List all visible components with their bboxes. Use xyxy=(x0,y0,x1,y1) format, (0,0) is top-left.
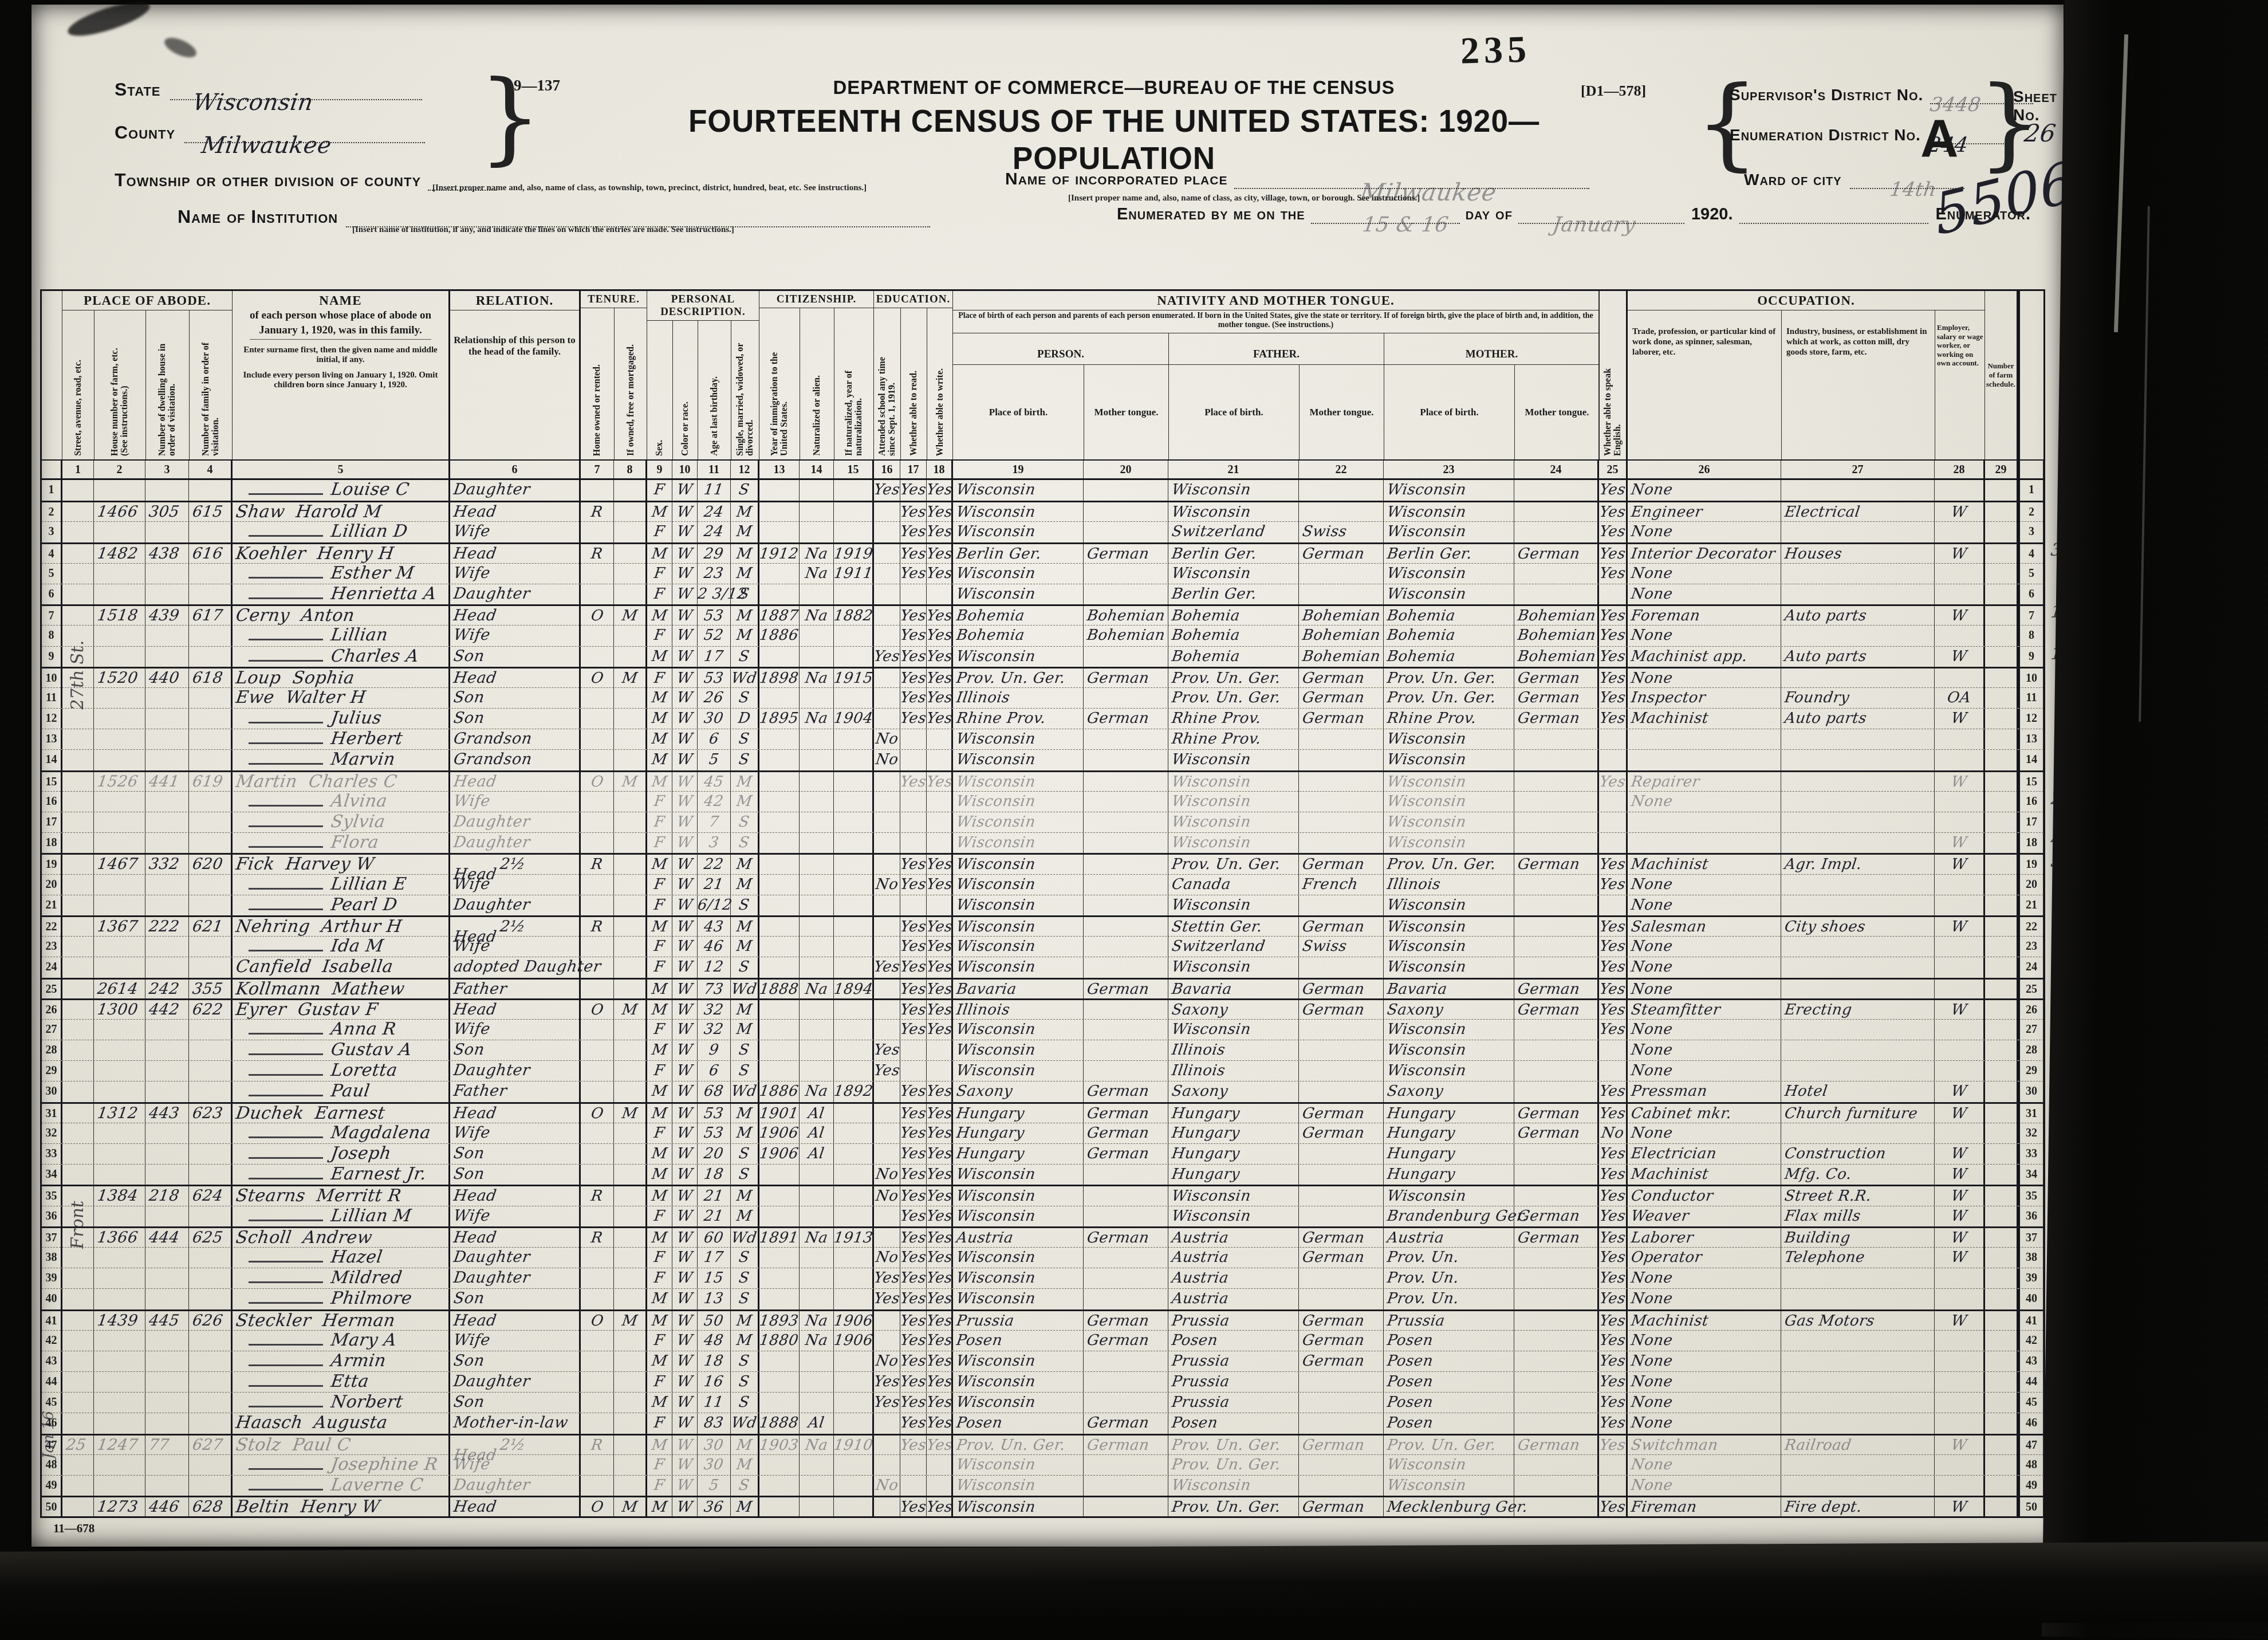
cell-sex-value: M xyxy=(651,502,669,522)
cell-person-birthplace-value: Wisconsin xyxy=(952,1393,1037,1412)
line-number: 18 xyxy=(2018,833,2043,853)
cell-employment-class: W xyxy=(1935,709,1985,729)
cell-sex-value: F xyxy=(653,895,666,915)
cell-speaks-english-value: Yes xyxy=(1598,1331,1627,1350)
cell-person-mother-tongue xyxy=(1084,875,1168,895)
cell-naturalization-year xyxy=(834,1476,874,1496)
cell-sex-value: F xyxy=(653,792,666,811)
cell-speaks-english-value: Yes xyxy=(1598,1228,1627,1248)
cell-father-birthplace: Austria xyxy=(1168,1268,1299,1288)
cell-mother-birthplace-value: Wisconsin xyxy=(1383,1020,1468,1039)
cell-mother-mother-tongue xyxy=(1514,1476,1599,1496)
cell-mother-birthplace-value: Wisconsin xyxy=(1383,729,1468,749)
cell-race-value: W xyxy=(675,1104,694,1123)
cell-speaks-english-value: Yes xyxy=(1598,1311,1627,1331)
cell-employment-class: W xyxy=(1935,647,1985,667)
cell-name: Norbert xyxy=(233,1393,450,1413)
relation-value: Daughter xyxy=(449,1248,531,1267)
cell-age: 83 xyxy=(698,1413,731,1433)
cell-able-to-write: Yes xyxy=(927,1165,953,1185)
surname-ditto-dash xyxy=(249,940,323,951)
cell-dwelling-number-value: 218 xyxy=(144,1186,181,1206)
cell-able-to-read: Yes xyxy=(900,626,927,646)
cell-speaks-english: No xyxy=(1599,1123,1628,1143)
cell-house-number: 1520 xyxy=(94,668,145,688)
cell-father-birthplace: Wisconsin xyxy=(1168,1020,1299,1040)
cell-occupation-value: Interior Decorator xyxy=(1627,544,1777,564)
table-row: 311312443623DuchekEarnestHeadOMMW53M1901… xyxy=(42,1102,2043,1123)
cell-marital-status: S xyxy=(731,647,759,667)
cell-occupation: None xyxy=(1628,980,1781,999)
given-name: Paul xyxy=(326,1081,371,1101)
cell-sex: F xyxy=(647,1061,672,1081)
cell-person-birthplace: Prov. Un. Ger. xyxy=(953,668,1084,688)
cell-person-birthplace: Wisconsin xyxy=(953,1476,1084,1496)
cell-father-mother-tongue xyxy=(1299,957,1384,977)
cell-tenure-mortgage xyxy=(614,1351,647,1371)
surname-ditto-dash xyxy=(249,1168,323,1179)
cell-immigration-year: 1888 xyxy=(759,980,800,999)
cell-tenure-owned: O xyxy=(581,1311,614,1331)
cell-name: Joseph xyxy=(233,1144,450,1164)
cell-naturalized xyxy=(800,1393,834,1413)
surname: Loup xyxy=(231,668,282,688)
cell-family-number xyxy=(189,1020,233,1040)
cell-able-to-write: Yes xyxy=(927,1393,953,1413)
enumerated-day-value: 15 & 16 xyxy=(1361,213,1450,237)
cell-mother-mother-tongue xyxy=(1514,937,1599,957)
cell-attended-school: Yes xyxy=(874,1393,900,1413)
line-number: 25 xyxy=(42,980,62,999)
cell-mother-birthplace: Wisconsin xyxy=(1384,957,1514,977)
table-row: 40PhilmoreSonMW13SYesYesYesWisconsinAust… xyxy=(42,1288,2043,1309)
cell-person-mother-tongue-value: German xyxy=(1082,1436,1151,1455)
given-name: Earnest Jr. xyxy=(326,1165,428,1184)
line-number: 31 xyxy=(42,1104,62,1123)
line-number: 8 xyxy=(42,626,62,646)
cell-house-number xyxy=(94,957,145,977)
cell-age-value: 9 xyxy=(708,1040,720,1060)
cell-house-number: 1384 xyxy=(94,1186,145,1206)
cell-employment-class: W xyxy=(1935,544,1985,564)
cell-person-mother-tongue xyxy=(1084,937,1168,957)
cell-father-mother-tongue: Swiss xyxy=(1299,522,1384,542)
nativity-desc: Place of birth of each person and parent… xyxy=(953,310,1598,333)
cell-race: W xyxy=(672,1289,698,1309)
cell-race-value: W xyxy=(675,1372,694,1391)
cell-able-to-read: Yes xyxy=(900,522,927,542)
line-number: 42 xyxy=(2018,1331,2043,1351)
line-number: 13 xyxy=(2018,729,2043,749)
table-row: 261300442622EyrerGustav FHeadOMMW32MYesY… xyxy=(42,998,2043,1019)
cell-tenure-owned xyxy=(581,833,614,853)
surname: Canfield xyxy=(231,957,313,977)
given-name: Herbert xyxy=(326,729,404,749)
cell-farm-schedule xyxy=(1985,1497,2018,1517)
cell-tenure-mortgage xyxy=(614,647,647,667)
cell-naturalization-year xyxy=(834,1372,874,1392)
cell-father-birthplace: Austria xyxy=(1168,1289,1299,1309)
cell-mother-birthplace: Prussia xyxy=(1384,1311,1514,1331)
cell-family-number-value: 623 xyxy=(188,1104,225,1123)
cell-person-birthplace-value: Wisconsin xyxy=(952,1165,1037,1184)
line-number: 5 xyxy=(42,564,62,584)
relation-value: Daughter xyxy=(449,1268,531,1288)
cell-father-mother-tongue: German xyxy=(1299,980,1384,999)
cell-mother-mother-tongue: German xyxy=(1514,544,1599,564)
table-header: PLACE OF ABODE. Street, avenue, road, et… xyxy=(42,291,2043,461)
cell-street-value: 25 xyxy=(61,1436,88,1455)
cell-able-to-write-value: Yes xyxy=(926,647,954,666)
cell-naturalized xyxy=(800,1372,834,1392)
cell-age: 32 xyxy=(698,1000,731,1020)
cell-marital-status: S xyxy=(731,1372,759,1392)
cell-father-mother-tongue-value: German xyxy=(1298,1000,1366,1020)
cell-sex-value: F xyxy=(653,875,666,894)
cell-naturalized xyxy=(800,957,834,977)
cell-age: 50 xyxy=(698,1311,731,1331)
cell-person-birthplace: Wisconsin xyxy=(953,647,1084,667)
cell-industry-value: Auto parts xyxy=(1780,647,1868,666)
cell-relation: Wife xyxy=(450,1455,581,1475)
column-number: 5 xyxy=(233,461,450,479)
cell-race-value: W xyxy=(675,647,694,666)
cell-farm-schedule xyxy=(1985,1144,2018,1164)
cell-occupation: Engineer xyxy=(1628,502,1781,522)
cell-immigration-year: 1898 xyxy=(759,668,800,688)
cell-age-value: 18 xyxy=(703,1351,725,1371)
cell-race: W xyxy=(672,1000,698,1020)
cell-occupation: Foreman xyxy=(1628,606,1781,626)
cell-occupation: Machinist xyxy=(1628,1165,1781,1185)
cell-person-birthplace: Wisconsin xyxy=(953,584,1084,604)
cell-farm-schedule xyxy=(1985,1081,2018,1102)
cell-race: W xyxy=(672,1248,698,1268)
cell-speaks-english xyxy=(1599,729,1628,749)
column-number: 21 xyxy=(1168,461,1299,479)
cell-race: W xyxy=(672,875,698,895)
cell-industry xyxy=(1781,1123,1935,1143)
cell-name: Charles A xyxy=(233,647,450,667)
cell-farm-schedule xyxy=(1985,502,2018,522)
enumerated-year: 1920. xyxy=(1691,205,1733,223)
cell-family-number xyxy=(189,1248,233,1268)
cell-marital-status-value: S xyxy=(738,750,751,769)
cell-house-number xyxy=(94,1289,145,1309)
cell-race-value: W xyxy=(675,1436,694,1455)
cell-father-mother-tongue xyxy=(1299,564,1384,584)
cell-naturalization-year xyxy=(834,1289,874,1309)
cell-attended-school: Yes xyxy=(874,1372,900,1392)
cell-street xyxy=(62,1331,94,1351)
cell-person-mother-tongue xyxy=(1084,729,1168,749)
given-name: Herman xyxy=(318,1311,397,1331)
cell-father-mother-tongue: Bohemian xyxy=(1299,606,1384,626)
relation-value: Wife xyxy=(449,1331,492,1350)
cell-age: 18 xyxy=(698,1351,731,1371)
surname: Duchek xyxy=(231,1104,305,1123)
cell-mother-birthplace: Bohemia xyxy=(1384,626,1514,646)
cell-able-to-write-value: Yes xyxy=(926,1351,954,1371)
cell-employment-class xyxy=(1935,1268,1985,1288)
cell-age-value: 42 xyxy=(703,792,725,811)
cell-speaks-english: Yes xyxy=(1599,626,1628,646)
cell-marital-status: M xyxy=(731,1206,759,1226)
cell-able-to-write xyxy=(927,812,953,832)
cell-sex: M xyxy=(647,1165,672,1185)
cell-marital-status: M xyxy=(731,772,759,792)
cell-able-to-write: Yes xyxy=(927,564,953,584)
cell-able-to-read: Yes xyxy=(900,1020,927,1040)
cell-race: W xyxy=(672,1081,698,1102)
cell-able-to-write-value: Yes xyxy=(926,1372,954,1391)
cell-immigration-year xyxy=(759,1476,800,1496)
cell-person-birthplace-value: Bohemia xyxy=(952,606,1026,626)
line-number: 35 xyxy=(42,1186,62,1206)
cell-person-birthplace: Wisconsin xyxy=(953,480,1084,501)
cell-occupation-value: None xyxy=(1627,1372,1674,1391)
cell-person-birthplace-value: Prov. Un. Ger. xyxy=(952,668,1067,688)
cell-able-to-read: Yes xyxy=(900,1372,927,1392)
cell-occupation-value: Conductor xyxy=(1627,1186,1715,1206)
cell-sex-value: M xyxy=(651,606,669,626)
cell-father-mother-tongue-value: German xyxy=(1298,980,1366,999)
cell-tenure-mortgage xyxy=(614,1289,647,1309)
cell-able-to-read: Yes xyxy=(900,772,927,792)
cell-dwelling-number xyxy=(145,564,189,584)
col-speaks-english-header: Whether able to speak English. xyxy=(1599,291,1628,459)
cell-immigration-year xyxy=(759,1497,800,1517)
cell-employment-class xyxy=(1935,522,1985,542)
cell-employment-class-value: W xyxy=(1950,1104,1968,1123)
cell-able-to-write xyxy=(927,1455,953,1475)
cell-tenure-owned: R xyxy=(581,544,614,564)
cell-family-number xyxy=(189,1268,233,1288)
table-row: 8LillianWifeFW52M1886YesYesBohemiaBohemi… xyxy=(42,625,2043,646)
township-label: Township or other division of county xyxy=(115,170,421,190)
cell-able-to-read-value: Yes xyxy=(899,544,928,564)
given-name: Flora xyxy=(326,833,380,852)
cell-able-to-read-value: Yes xyxy=(899,1000,928,1020)
cell-race-value: W xyxy=(675,1228,694,1248)
cell-sex: F xyxy=(647,1206,672,1226)
cell-speaks-english-value: Yes xyxy=(1598,772,1627,792)
cell-dwelling-number: 442 xyxy=(145,1000,189,1020)
cell-able-to-read: Yes xyxy=(900,1186,927,1206)
cell-father-mother-tongue-value: Bohemian xyxy=(1298,626,1382,645)
cell-tenure-mortgage xyxy=(614,1248,647,1268)
cell-naturalization-year-value: 1894 xyxy=(833,980,875,999)
cell-mother-birthplace: Posen xyxy=(1384,1393,1514,1413)
table-row: 30PaulFatherMW68Wd1886Na1892YesYesSaxony… xyxy=(42,1081,2043,1102)
cell-tenure-owned xyxy=(581,1144,614,1164)
cell-employment-class: W xyxy=(1935,772,1985,792)
cell-age: 68 xyxy=(698,1081,731,1102)
cell-mother-birthplace-value: Wisconsin xyxy=(1383,772,1468,792)
cell-occupation: None xyxy=(1628,668,1781,688)
cell-tenure-mortgage xyxy=(614,1372,647,1392)
given-name: Louise C xyxy=(326,480,411,500)
cell-able-to-write: Yes xyxy=(927,1289,953,1309)
cell-able-to-read xyxy=(900,1040,927,1060)
cell-dwelling-number xyxy=(145,895,189,915)
cell-attended-school-value: Yes xyxy=(873,480,901,500)
cell-race: W xyxy=(672,1393,698,1413)
cell-able-to-write: Yes xyxy=(927,1372,953,1392)
cell-sex-value: F xyxy=(653,957,666,977)
cell-race-value: W xyxy=(675,626,694,645)
cell-father-birthplace: Bohemia xyxy=(1168,606,1299,626)
cell-marital-status-value: S xyxy=(738,647,751,666)
cell-house-number-value: 1482 xyxy=(93,544,139,564)
given-name: Charles A xyxy=(326,647,420,666)
cell-father-mother-tongue xyxy=(1299,833,1384,853)
cell-person-mother-tongue: German xyxy=(1084,1311,1168,1331)
cell-tenure-owned xyxy=(581,1476,614,1496)
cell-house-number xyxy=(94,584,145,604)
cell-occupation: None xyxy=(1628,584,1781,604)
cell-tenure-mortgage xyxy=(614,729,647,749)
cell-dwelling-number xyxy=(145,750,189,770)
cell-attended-school xyxy=(874,1455,900,1475)
cell-attended-school-value: No xyxy=(874,1248,899,1267)
cell-person-mother-tongue-value: German xyxy=(1082,1081,1151,1101)
cell-race-value: W xyxy=(675,1476,694,1495)
cell-naturalized xyxy=(800,1289,834,1309)
cell-marital-status-value: M xyxy=(735,1206,754,1226)
cell-mother-mother-tongue xyxy=(1514,1248,1599,1268)
name-desc: Enter surname first, then the given name… xyxy=(233,344,448,366)
cell-tenure-owned xyxy=(581,1061,614,1081)
cell-tenure-mortgage xyxy=(614,1331,647,1351)
cell-attended-school: No xyxy=(874,729,900,749)
cell-marital-status-value: M xyxy=(735,772,754,792)
cell-farm-schedule xyxy=(1985,750,2018,770)
county-value: Milwaukee xyxy=(200,132,333,159)
cell-sex: M xyxy=(647,1393,672,1413)
cell-mother-birthplace-value: Wisconsin xyxy=(1383,895,1468,915)
cell-relation: Daughter xyxy=(450,1061,581,1081)
cell-sex-value: F xyxy=(653,1248,666,1267)
cell-attended-school: Yes xyxy=(874,957,900,977)
county-label: County xyxy=(115,122,175,143)
cell-race-value: W xyxy=(675,668,694,688)
name-desc: January 1, 1920, was in this family. xyxy=(250,323,431,340)
cell-speaks-english: Yes xyxy=(1599,1186,1628,1206)
cell-sex: M xyxy=(647,772,672,792)
relation-value: Father xyxy=(449,1081,509,1101)
cell-family-number-value: 618 xyxy=(188,668,225,688)
cell-naturalization-year xyxy=(834,772,874,792)
cell-sex-value: M xyxy=(651,1393,669,1412)
cell-person-birthplace-value: Illinois xyxy=(952,1000,1011,1020)
cell-marital-status-value: S xyxy=(738,584,751,604)
street-name-vertical: 27th St. xyxy=(68,640,88,711)
cell-dwelling-number xyxy=(145,937,189,957)
form-code-bottom: 11—678 xyxy=(53,1521,94,1536)
line-number: 4 xyxy=(2018,544,2043,564)
cell-able-to-write: Yes xyxy=(927,875,953,895)
line-number-column-header xyxy=(2018,291,2043,459)
cell-attended-school: No xyxy=(874,1248,900,1268)
cell-tenure-mortgage xyxy=(614,1020,647,1040)
cell-able-to-write: Yes xyxy=(927,937,953,957)
col-able-to-write-header: Whether able to write. xyxy=(927,308,953,459)
cell-mother-birthplace: Wisconsin xyxy=(1384,1455,1514,1475)
cell-industry xyxy=(1781,626,1935,646)
cell-industry-value: City shoes xyxy=(1780,917,1867,937)
cell-farm-schedule xyxy=(1985,522,2018,542)
cell-person-birthplace: Illinois xyxy=(953,1000,1084,1020)
cell-farm-schedule xyxy=(1985,1393,2018,1413)
group-title: OCCUPATION. xyxy=(1628,291,1984,310)
cell-occupation: None xyxy=(1628,792,1781,812)
cell-sex: M xyxy=(647,1497,672,1517)
line-number: 24 xyxy=(42,957,62,977)
cell-father-birthplace: Prussia xyxy=(1168,1372,1299,1392)
cell-father-birthplace: Wisconsin xyxy=(1168,564,1299,584)
line-number: 4 xyxy=(42,544,62,564)
cell-employment-class xyxy=(1935,937,1985,957)
cell-father-birthplace-value: Austria xyxy=(1167,1289,1230,1308)
cell-naturalization-year xyxy=(834,1061,874,1081)
line-number: 39 xyxy=(2018,1268,2043,1288)
cell-employment-class: W xyxy=(1935,1497,1985,1517)
cell-name: Lillian E xyxy=(233,875,450,895)
cell-relation: Daughter xyxy=(450,584,581,604)
cell-marital-status-value: S xyxy=(738,1144,751,1163)
cell-industry-value: Railroad xyxy=(1780,1436,1853,1455)
cell-able-to-write-value: Yes xyxy=(926,1413,954,1433)
cell-able-to-write-value: Yes xyxy=(926,937,954,956)
cell-sex-value: F xyxy=(653,1268,666,1288)
line-number: 50 xyxy=(2018,1497,2043,1517)
cell-age: 46 xyxy=(698,937,731,957)
table-row: 6Henrietta ADaughterFW2 3/12SWisconsinBe… xyxy=(42,584,2043,604)
cell-dwelling-number xyxy=(145,688,189,708)
cell-person-birthplace-value: Wisconsin xyxy=(952,1455,1037,1474)
cell-marital-status-value: S xyxy=(738,1165,751,1184)
cell-mother-birthplace: Prov. Un. Ger. xyxy=(1384,668,1514,688)
cell-mother-birthplace: Saxony xyxy=(1384,1081,1514,1102)
cell-race: W xyxy=(672,522,698,542)
cell-naturalization-year xyxy=(834,480,874,501)
cell-employment-class xyxy=(1935,957,1985,977)
cell-age: 53 xyxy=(698,1123,731,1143)
cell-person-birthplace: Prussia xyxy=(953,1311,1084,1331)
surname-ditto-dash xyxy=(249,1292,323,1304)
cell-attended-school xyxy=(874,1331,900,1351)
cell-dwelling-number xyxy=(145,957,189,977)
cell-name: MartinCharles C xyxy=(233,772,450,792)
cell-sex-value: M xyxy=(651,1228,669,1248)
cell-sex-value: F xyxy=(653,1476,666,1495)
cell-marital-status: S xyxy=(731,1248,759,1268)
cell-person-mother-tongue: German xyxy=(1084,1331,1168,1351)
cell-marital-status-value: M xyxy=(735,1331,754,1350)
cell-naturalized: Na xyxy=(800,544,834,564)
cell-sex-value: F xyxy=(653,564,666,583)
cell-person-birthplace: Wisconsin xyxy=(953,957,1084,977)
cell-attended-school: No xyxy=(874,750,900,770)
line-number: 43 xyxy=(42,1351,62,1371)
cell-speaks-english xyxy=(1599,1476,1628,1496)
cell-farm-schedule xyxy=(1985,584,2018,604)
cell-speaks-english-value: Yes xyxy=(1598,668,1627,688)
cell-race-value: W xyxy=(675,833,694,852)
cell-tenure-mortgage xyxy=(614,1081,647,1102)
column-number: 7 xyxy=(581,461,614,479)
